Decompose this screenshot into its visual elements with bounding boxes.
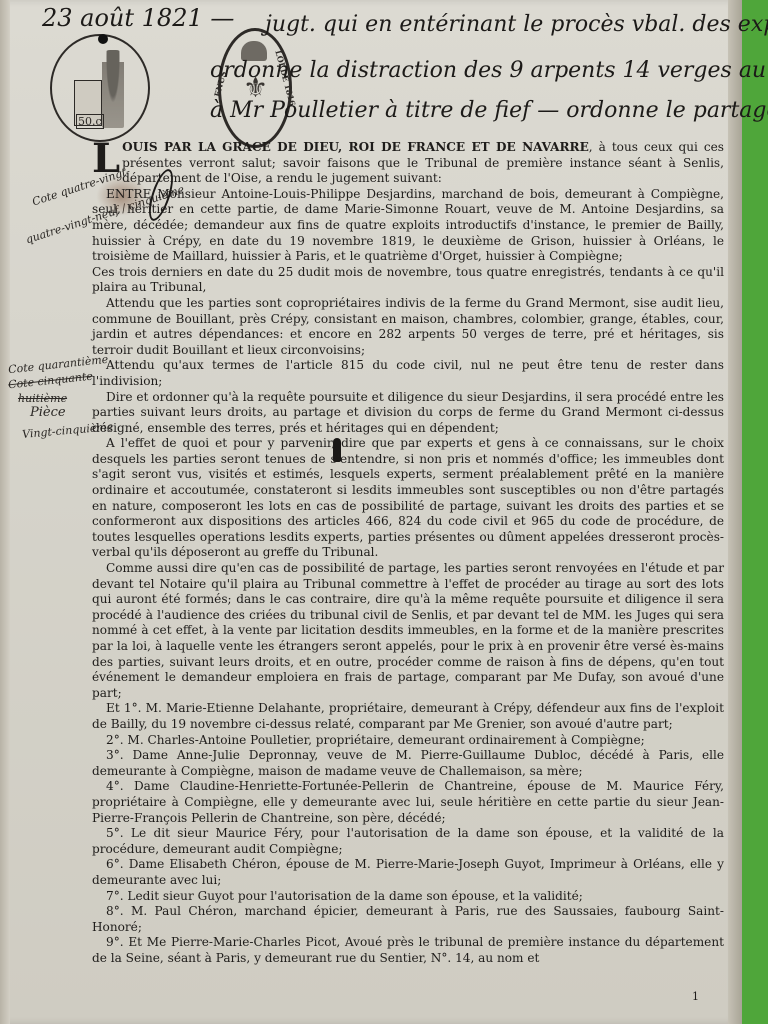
page-number: 1 bbox=[692, 990, 699, 1003]
party-item: 7°. Ledit sieur Guyot pour l'autorisatio… bbox=[92, 889, 724, 905]
handwritten-line-3: à Mr Poulletier à titre de fief — ordonn… bbox=[210, 98, 768, 123]
punch-hole bbox=[98, 34, 108, 44]
judgment-opening: L OUIS PAR LA GRACE DE DIEU, ROI DE FRAN… bbox=[92, 140, 724, 187]
stamp-value: 50.c bbox=[76, 114, 104, 129]
handwritten-date: 23 août 1821 — bbox=[42, 4, 234, 32]
paragraph: A l'effet de quoi et pour y parvenir, di… bbox=[92, 436, 724, 561]
party-item: 2°. M. Charles-Antoine Poulletier, propr… bbox=[92, 733, 724, 749]
margin-note: Pièce bbox=[30, 405, 66, 420]
printed-judgment: L OUIS PAR LA GRACE DE DIEU, ROI DE FRAN… bbox=[92, 140, 724, 966]
tax-stamp-left: 50.c bbox=[50, 34, 150, 142]
tax-stamp-right: ⚜ ENUS LOI DE 1816 bbox=[218, 28, 292, 148]
paragraph: Et 1°. M. Marie-Etienne Delahante, propr… bbox=[92, 701, 724, 732]
party-item: 8°. M. Paul Chéron, marchand épicier, de… bbox=[92, 904, 724, 935]
paragraph: Comme aussi dire qu'en cas de possibilit… bbox=[92, 561, 724, 701]
margin-note-struck: huitième bbox=[18, 392, 67, 405]
party-item: 5°. Le dit sieur Maurice Féry, pour l'au… bbox=[92, 826, 724, 857]
party-item: 4°. Dame Claudine-Henriette-Fortunée-Pel… bbox=[92, 779, 724, 826]
party-item: 6°. Dame Elisabeth Chéron, épouse de M. … bbox=[92, 857, 724, 888]
paragraph: Attendu qu'aux termes de l'article 815 d… bbox=[92, 358, 724, 389]
document-page: 50.c ⚜ ENUS LOI DE 1816 23 août 1821 — j… bbox=[0, 0, 740, 1024]
party-item: 3°. Dame Anne-Julie Depronnay, veuve de … bbox=[92, 748, 724, 779]
justice-figure-icon bbox=[102, 50, 124, 128]
paragraph: Attendu que les parties sont copropriéta… bbox=[92, 296, 724, 358]
paragraph: ENTRE Monsieur Antoine-Louis-Philippe De… bbox=[92, 187, 724, 265]
drop-cap: L bbox=[92, 142, 122, 176]
page-right-edge bbox=[728, 0, 742, 1024]
handwritten-line-1: jugt. qui en entérinant le procès vbal. … bbox=[265, 12, 768, 37]
handwritten-line-2: ordonne la distraction des 9 arpents 14 … bbox=[210, 58, 768, 83]
binding-edge bbox=[0, 0, 10, 1024]
party-item: 9°. Et Me Pierre-Marie-Charles Picot, Av… bbox=[92, 935, 724, 966]
paragraph: Dire et ordonner qu'à la requête poursui… bbox=[92, 390, 724, 437]
royal-heading: OUIS PAR LA GRACE DE DIEU, ROI DE FRANCE… bbox=[122, 140, 589, 154]
paragraph: Ces trois derniers en date du 25 dudit m… bbox=[92, 265, 724, 296]
